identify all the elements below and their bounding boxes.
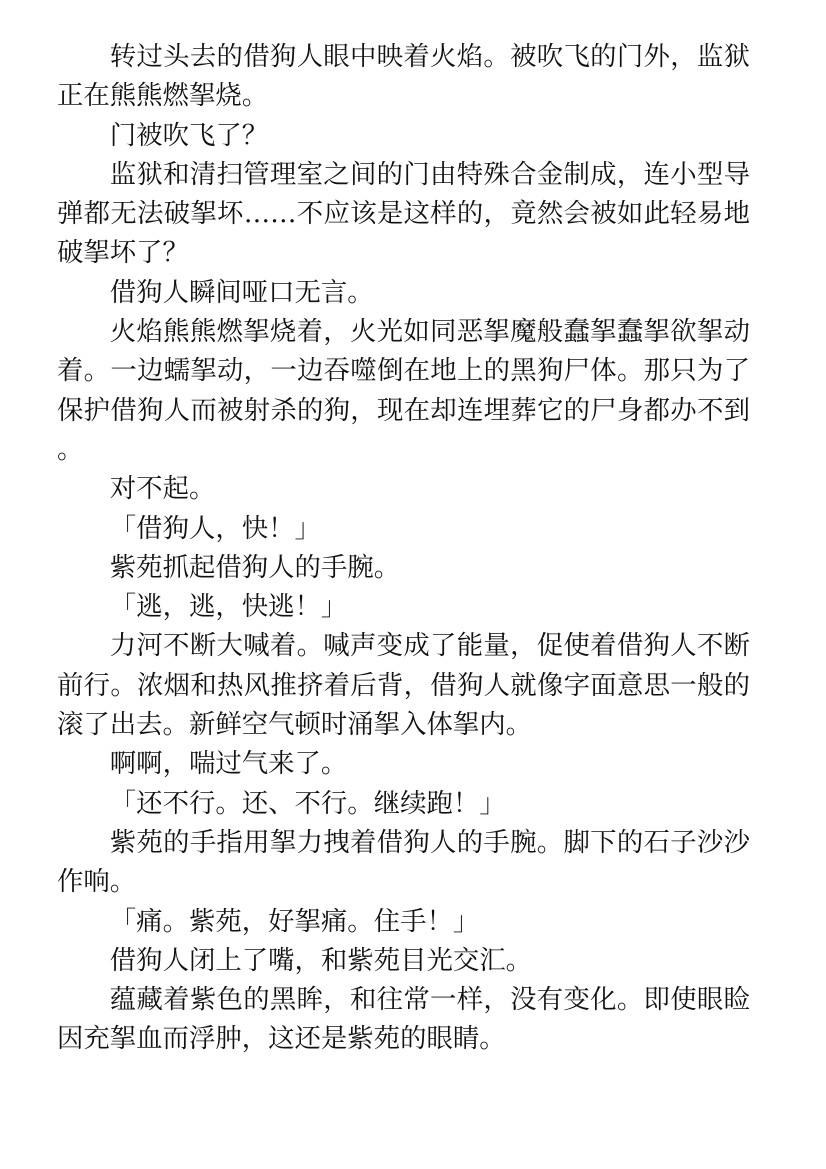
paragraph: 紫苑抓起借狗人的手腕。 [57, 548, 750, 587]
paragraph: 力河不断大喊着。喊声变成了能量，促使着借狗人不断前行。浓烟和热风推挤着后背，借狗… [57, 626, 750, 744]
dialogue-paragraph: 「痛。紫苑，好挐痛。住手！」 [57, 902, 750, 941]
dialogue-paragraph: 「还不行。还、不行。继续跑！」 [57, 784, 750, 823]
dialogue-paragraph: 「逃，逃，快逃！」 [57, 587, 750, 626]
paragraph: 转过头去的借狗人眼中映着火焰。被吹飞的门外，监狱正在熊熊燃挐烧。 [57, 37, 750, 116]
document-page: 转过头去的借狗人眼中映着火焰。被吹飞的门外，监狱正在熊熊燃挐烧。 门被吹飞了？ … [57, 37, 750, 1059]
paragraph: 对不起。 [57, 469, 750, 508]
paragraph: 借狗人闭上了嘴，和紫苑目光交汇。 [57, 941, 750, 980]
paragraph: 借狗人瞬间哑口无言。 [57, 273, 750, 312]
paragraph: 火焰熊熊燃挐烧着，火光如同恶挐魔般蠢挐蠢挐欲挐动着。一边蠕挐动，一边吞噬倒在地上… [57, 312, 750, 469]
dialogue-paragraph: 「借狗人，快！」 [57, 509, 750, 548]
paragraph: 监狱和清扫管理室之间的门由特殊合金制成，连小型导弹都无法破挐坏……不应该是这样的… [57, 155, 750, 273]
paragraph: 啊啊，喘过气来了。 [57, 744, 750, 783]
paragraph: 门被吹飞了？ [57, 116, 750, 155]
paragraph: 紫苑的手指用挐力拽着借狗人的手腕。脚下的石子沙沙作响。 [57, 823, 750, 902]
paragraph: 蕴藏着紫色的黑眸，和往常一样，没有变化。即使眼睑因充挐血而浮肿，这还是紫苑的眼睛… [57, 980, 750, 1059]
